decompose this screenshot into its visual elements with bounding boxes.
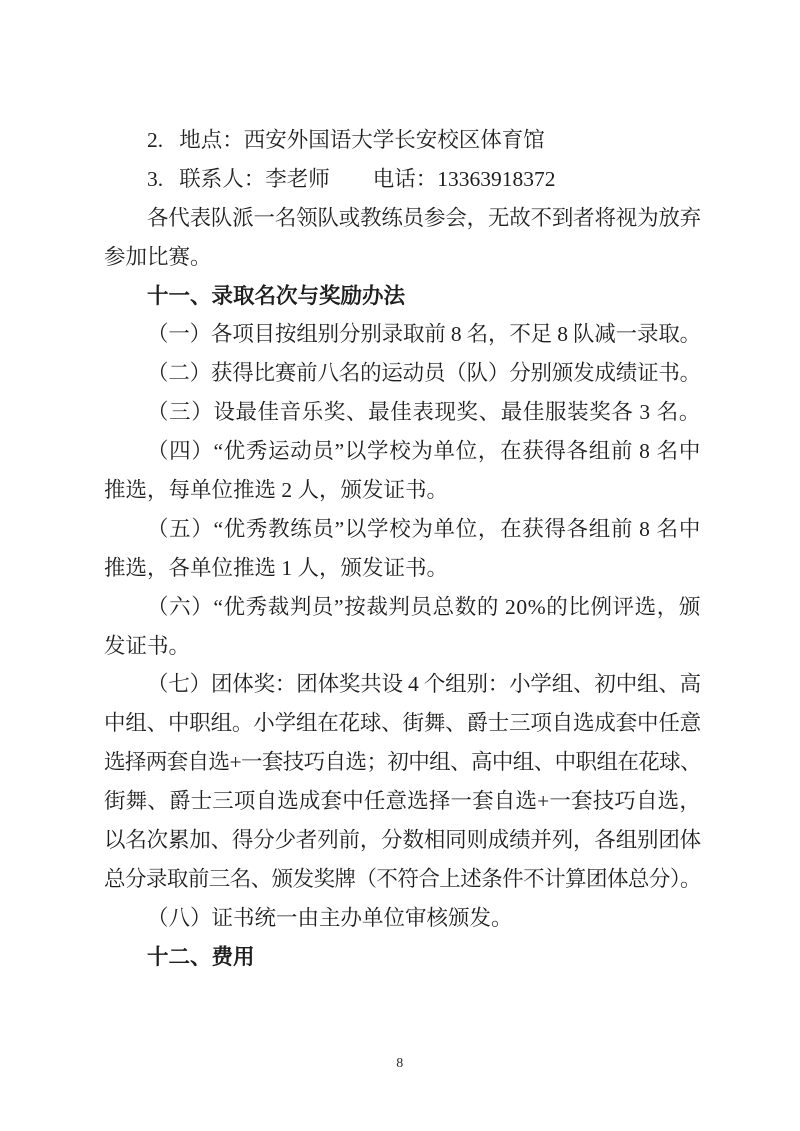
text-run: 十二、费用	[147, 938, 255, 977]
text-run: 中组、中职组。小学组在花球、街舞、爵士三项自选成套中任意	[104, 704, 701, 743]
text-run: （八）证书统一由主办单位审核颁发。	[147, 899, 513, 938]
document-page: 2. 地点：西安外国语大学长安校区体育馆3. 联系人：李老师 电话：133639…	[0, 0, 800, 1131]
text-run: （五）“优秀教练员”以学校为单位，在获得各组前 8 名中	[147, 510, 701, 549]
text-line: 推选，各单位推选 1 人，颁发证书。	[104, 549, 701, 588]
text-run: 以名次累加、得分少者列前，分数相同则成绩并列，各组别团体	[104, 821, 701, 860]
text-line: 推选，每单位推选 2 人，颁发证书。	[104, 471, 701, 510]
text-line: 选择两套自选+一套技巧自选；初中组、高中组、中职组在花球、	[104, 743, 701, 782]
text-line: 3. 联系人：李老师 电话：13363918372	[104, 160, 701, 199]
text-run: 选择两套自选+一套技巧自选；初中组、高中组、中职组在花球、	[104, 743, 701, 782]
text-line: （二）获得比赛前八名的运动员（队）分别颁发成绩证书。	[104, 354, 701, 393]
text-line: （五）“优秀教练员”以学校为单位，在获得各组前 8 名中	[104, 510, 701, 549]
text-run: 发证书。	[104, 627, 190, 666]
text-run: 总分录取前三名、颁发奖牌（不符合上述条件不计算团体总分）。	[104, 860, 701, 899]
text-run: （一）各项目按组别分别录取前 8 名，不足 8 队减一录取。	[147, 315, 701, 354]
text-line: 以名次累加、得分少者列前，分数相同则成绩并列，各组别团体	[104, 821, 701, 860]
text-line: （四）“优秀运动员”以学校为单位，在获得各组前 8 名中	[104, 432, 701, 471]
text-run: （三）设最佳音乐奖、最佳表现奖、最佳服装奖各 3 名。	[147, 393, 701, 432]
text-run: 2. 地点：西安外国语大学长安校区体育馆	[147, 121, 545, 160]
text-run: 3. 联系人：李老师 电话：13363918372	[147, 160, 556, 199]
text-run: 参加比赛。	[104, 238, 212, 277]
section-heading: 十一、录取名次与奖励办法	[104, 277, 701, 316]
text-run: （七）团体奖：团体奖共设 4 个组别：小学组、初中组、高	[147, 665, 701, 704]
text-line: 各代表队派一名领队或教练员参会，无故不到者将视为放弃	[104, 199, 701, 238]
text-run: 十一、录取名次与奖励办法	[147, 277, 405, 316]
text-run: 推选，各单位推选 1 人，颁发证书。	[104, 549, 448, 588]
text-line: 发证书。	[104, 627, 701, 666]
text-line: 总分录取前三名、颁发奖牌（不符合上述条件不计算团体总分）。	[104, 860, 701, 899]
text-run: （六）“优秀裁判员”按裁判员总数的 20%的比例评选，颁	[147, 588, 701, 627]
section-heading: 十二、费用	[104, 938, 701, 977]
document-body: 2. 地点：西安外国语大学长安校区体育馆3. 联系人：李老师 电话：133639…	[104, 121, 701, 977]
text-line: （三）设最佳音乐奖、最佳表现奖、最佳服装奖各 3 名。	[104, 393, 701, 432]
text-line: （八）证书统一由主办单位审核颁发。	[104, 899, 701, 938]
text-run: 推选，每单位推选 2 人，颁发证书。	[104, 471, 448, 510]
text-run: （四）“优秀运动员”以学校为单位，在获得各组前 8 名中	[147, 432, 701, 471]
text-run: （二）获得比赛前八名的运动员（队）分别颁发成绩证书。	[147, 354, 701, 393]
text-run: 街舞、爵士三项自选成套中任意选择一套自选+一套技巧自选，	[104, 782, 701, 821]
page-number: 8	[0, 1056, 800, 1072]
text-line: （一）各项目按组别分别录取前 8 名，不足 8 队减一录取。	[104, 315, 701, 354]
text-line: 2. 地点：西安外国语大学长安校区体育馆	[104, 121, 701, 160]
text-line: 中组、中职组。小学组在花球、街舞、爵士三项自选成套中任意	[104, 704, 701, 743]
text-run: 各代表队派一名领队或教练员参会，无故不到者将视为放弃	[147, 199, 701, 238]
text-line: 参加比赛。	[104, 238, 701, 277]
text-line: 街舞、爵士三项自选成套中任意选择一套自选+一套技巧自选，	[104, 782, 701, 821]
text-line: （六）“优秀裁判员”按裁判员总数的 20%的比例评选，颁	[104, 588, 701, 627]
text-line: （七）团体奖：团体奖共设 4 个组别：小学组、初中组、高	[104, 665, 701, 704]
